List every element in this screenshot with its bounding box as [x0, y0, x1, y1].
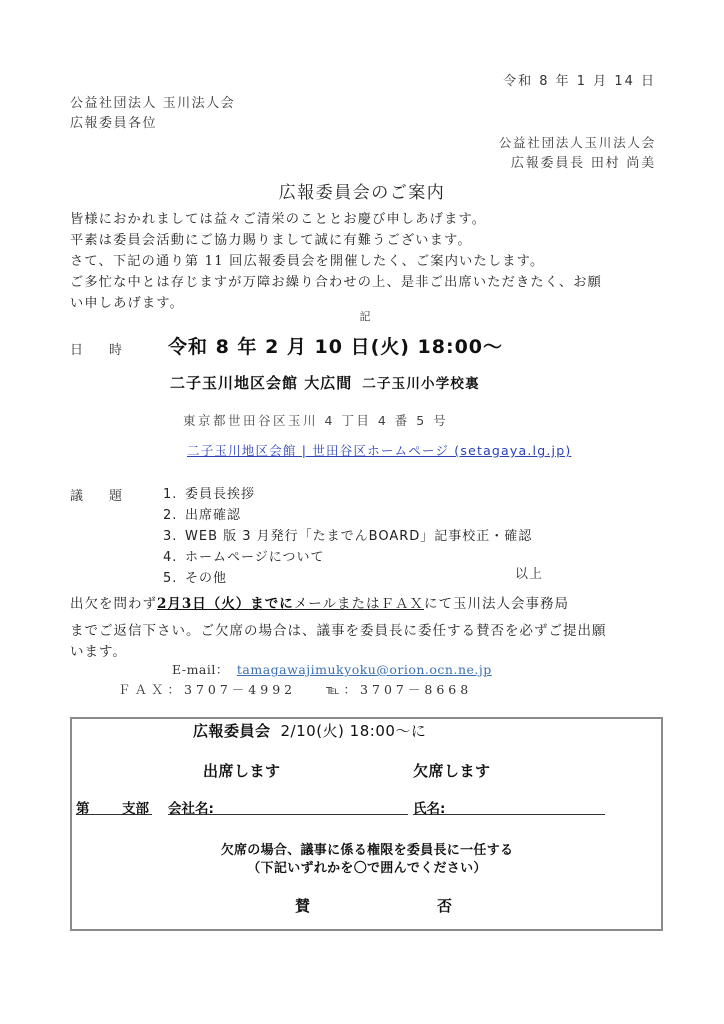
form-title-committee: 広報委員会	[193, 722, 271, 740]
agenda-num: 2.	[163, 505, 185, 526]
body-line: さて、下記の通り第 11 回広報委員会を開催したく、ご案内いたします。	[70, 250, 544, 269]
reply-form-box	[70, 717, 663, 931]
issue-date: 令和 8 年 1 月 14 日	[503, 70, 656, 89]
person-name-field[interactable]: 氏名:	[413, 797, 605, 815]
proxy-instruction: （下記いずれかを〇で囲んでください）	[0, 857, 724, 876]
reject-option[interactable]: 否	[437, 895, 452, 916]
agenda-text: 委員長挨拶	[185, 487, 255, 502]
venue-address: 東京都世田谷区玉川 4 丁目 4 番 5 号	[183, 411, 448, 429]
agenda-text: WEB 版 3 月発行「たまでんBOARD」記事校正・確認	[185, 529, 532, 544]
venue: 二子玉川地区会館 大広間二子玉川小学校裏	[170, 372, 480, 393]
body-line: 皆様におかれましては益々ご清栄のこととお慶び申しあげます。	[70, 208, 486, 227]
email-label: E-mail：	[172, 662, 229, 677]
agenda-item: 3.WEB 版 3 月発行「たまでんBOARD」記事校正・確認	[163, 526, 532, 547]
branch-prefix: 第	[76, 797, 90, 817]
email-row: E-mail：tamagawajimukyoku@orion.ocn.ne.jp	[172, 660, 492, 678]
reply-suffix: にて玉川法人会事務局	[424, 596, 569, 612]
approve-option[interactable]: 賛	[295, 895, 310, 916]
agenda-item: 5.その他	[163, 568, 532, 589]
sender-org: 公益社団法人玉川法人会	[499, 133, 656, 151]
reply-line-3: います。	[70, 640, 127, 660]
form-title-when: 2/10(火) 18:00～に	[281, 722, 427, 740]
agenda-item: 1.委員長挨拶	[163, 484, 532, 505]
branch-suffix: 支部	[122, 797, 149, 817]
ki-heading: 記	[0, 308, 724, 324]
agenda-text: ホームページについて	[185, 550, 324, 565]
agenda-list: 1.委員長挨拶 2.出席確認 3.WEB 版 3 月発行「たまでんBOARD」記…	[163, 484, 532, 589]
attend-option[interactable]: 出席します	[203, 760, 281, 781]
document-title: 広報委員会のご案内	[0, 178, 724, 203]
fax-number: ＦＡＸ：3707－4992	[118, 682, 296, 697]
agenda-num: 1.	[163, 484, 185, 505]
closing-ijo: 以上	[515, 563, 543, 582]
agenda-label-2: 題	[109, 489, 124, 504]
datetime-label-1: 日	[70, 343, 85, 358]
reply-instructions: 出欠を問わず2月3日（火）までにメールまたはＦＡＸにて玉川法人会事務局	[70, 592, 569, 612]
fax-tel-row: ＦＡＸ：3707－4992℡：3707－8668	[118, 680, 472, 698]
reply-prefix: 出欠を問わず	[70, 596, 157, 612]
reply-method: メールまたはＦＡＸ	[294, 596, 424, 612]
agenda-num: 4.	[163, 547, 185, 568]
email-link[interactable]: tamagawajimukyoku@orion.ocn.ne.jp	[237, 662, 492, 677]
agenda-text: 出席確認	[185, 508, 241, 523]
sender-name: 広報委員長 田村 尚美	[511, 152, 656, 171]
agenda-num: 5.	[163, 568, 185, 589]
proxy-statement: 欠席の場合、議事に係る権限を委員長に一任する	[0, 839, 724, 858]
agenda-item: 2.出席確認	[163, 505, 532, 526]
datetime-label-2: 時	[109, 343, 124, 358]
agenda-text: その他	[185, 571, 227, 586]
agenda-label: 議題	[70, 485, 124, 504]
reply-deadline: 2月3日（火）までに	[157, 596, 294, 612]
venue-sub: 二子玉川小学校裏	[362, 376, 480, 392]
name-label: 氏名:	[413, 801, 445, 817]
branch-field[interactable]: 第 支部	[76, 797, 152, 815]
recipient-org: 公益社団法人 玉川法人会	[70, 92, 235, 111]
venue-main: 二子玉川地区会館 大広間	[170, 374, 352, 392]
recipient-members: 広報委員各位	[70, 112, 157, 131]
body-line: ご多忙な中とは存じますが万障お繰り合わせの上、是非ご出席いただきたく、お願	[70, 271, 602, 290]
agenda-num: 3.	[163, 526, 185, 547]
body-line: 平素は委員会活動にご協力賜りまして誠に有難うございます。	[70, 229, 472, 248]
agenda-label-1: 議	[70, 489, 85, 504]
tel-number: ℡：3707－8668	[326, 682, 472, 697]
ki-text: 記	[360, 310, 371, 323]
meeting-datetime: 令和 8 年 2 月 10 日(火) 18:00～	[168, 332, 503, 359]
datetime-label: 日時	[70, 339, 124, 358]
absent-option[interactable]: 欠席します	[413, 760, 491, 781]
company-name-field[interactable]: 会社名:	[168, 797, 408, 815]
form-title: 広報委員会2/10(火) 18:00～に	[193, 720, 426, 741]
venue-link[interactable]: 二子玉川地区会館 | 世田谷区ホームページ (setagaya.lg.jp)	[187, 441, 571, 459]
reply-line-2: までご返信下さい。ご欠席の場合は、議事を委員長に委任する賛否を必ずご提出願	[70, 619, 607, 639]
agenda-item: 4.ホームページについて	[163, 547, 532, 568]
company-label: 会社名:	[168, 801, 214, 817]
